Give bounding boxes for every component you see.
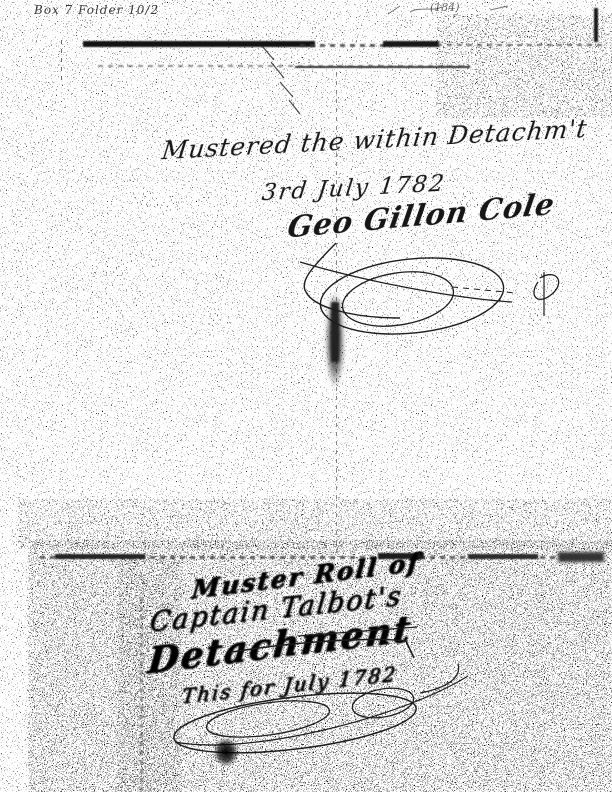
fold-crease-top-blob	[383, 41, 439, 47]
bottom-vertical-streak	[140, 598, 143, 792]
bottom-ink-blob	[214, 738, 238, 766]
docket-flourish	[140, 600, 500, 770]
fold-crease-middle-blob-left	[55, 554, 145, 559]
archive-box-folder-note: Box 7 Folder 10/2	[34, 3, 159, 17]
left-vertical-dotted-mark	[61, 40, 62, 82]
top-right-edge-bar	[594, 8, 598, 42]
fold-crease-middle-blob-right	[468, 554, 538, 559]
scanned-muster-roll-document: Box 7 Folder 10/2 (184) Mustered the wit…	[0, 0, 612, 792]
fold-crease-second-dark	[295, 66, 470, 68]
fold-crease-top-dashes	[437, 44, 603, 46]
fold-crease-middle-edge-smudge	[558, 552, 604, 562]
faint-pencil-scribble	[380, 0, 580, 24]
signature-flourish	[270, 230, 590, 350]
crease-hatch-scratches	[250, 38, 320, 123]
